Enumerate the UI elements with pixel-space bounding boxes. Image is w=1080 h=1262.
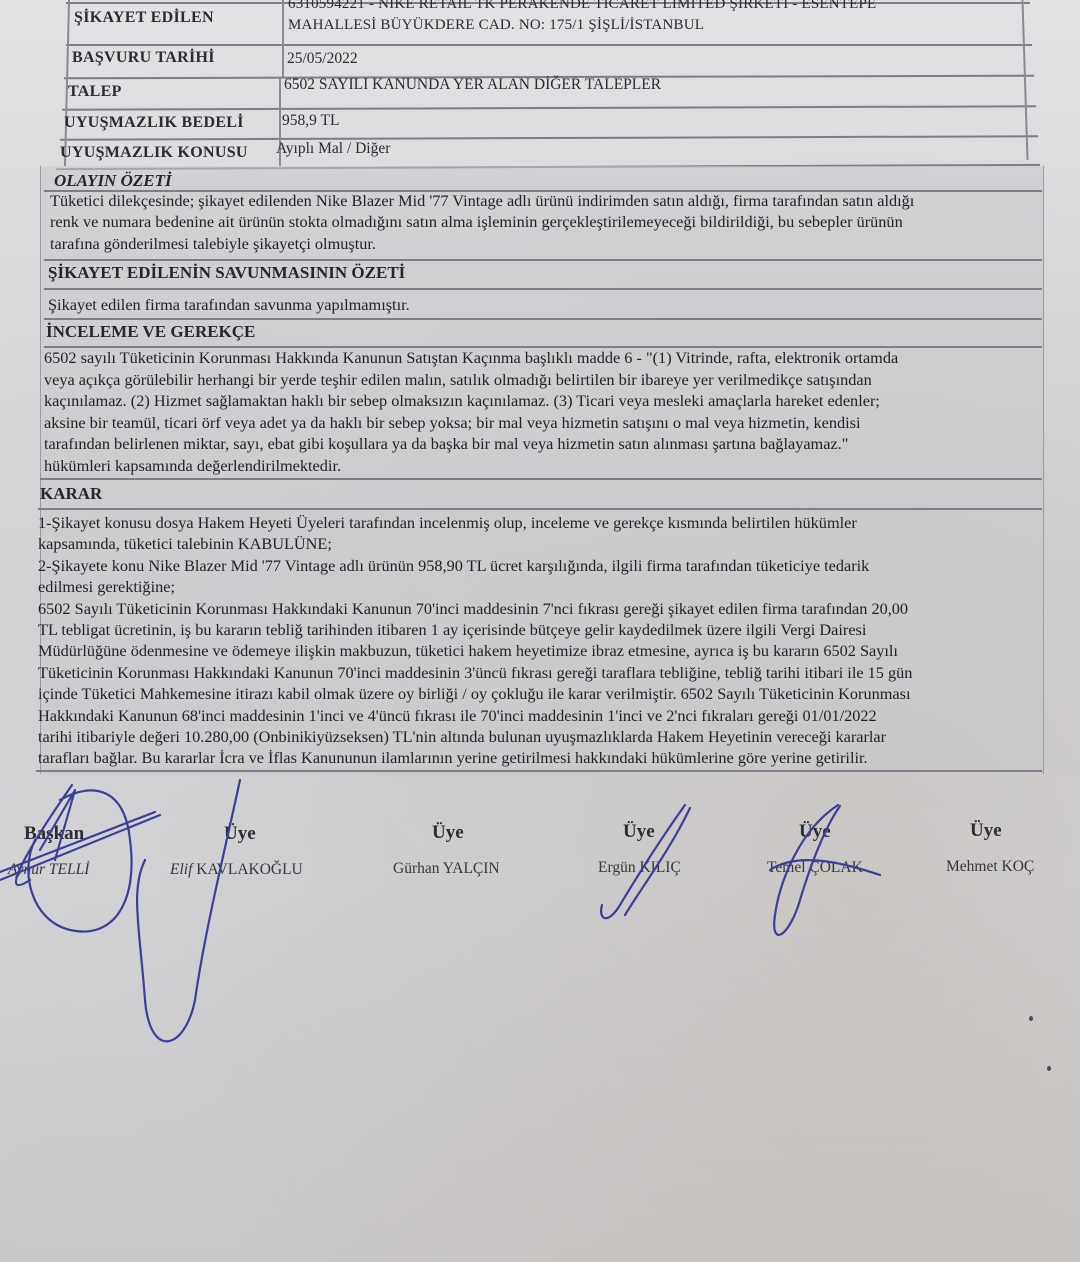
text-line: kaçınılamaz. (2) Hizmet sağlamaktan hakl…	[44, 390, 1039, 412]
review-text: 6502 sayılı Tüketicinin Korunması Hakkın…	[44, 347, 1039, 477]
application-date-label: BAŞVURU TARİHİ	[72, 49, 215, 67]
text-line: Tüketicinin Korunması Hakkındaki Kanunun…	[38, 662, 1043, 683]
signature-name-member: Mehmet KOÇ	[946, 858, 1034, 876]
event-summary-text: Tüketici dilekçesinde; şikayet edilenden…	[50, 190, 1040, 254]
text-line: TL tebligat ücretinin, iş bu kararın teb…	[38, 619, 1043, 640]
section-divider	[40, 478, 1042, 480]
signature-member-2	[137, 780, 240, 1041]
text-line: renk ve numara bedenine ait ürünün stokt…	[50, 211, 1040, 232]
text-line: tarafına gönderilmesi talebiyle şikayetç…	[50, 233, 1040, 254]
section-divider	[44, 318, 1042, 320]
signature-name-member: Gürhan YALÇIN	[393, 860, 500, 878]
signature-role-member: Üye	[970, 820, 1002, 842]
section-title-decision: KARAR	[40, 484, 102, 504]
complained-party-label: ŞİKAYET EDİLEN	[74, 9, 214, 27]
text-line: 6502 sayılı Tüketicinin Korunması Hakkın…	[44, 347, 1039, 369]
text-line: tarihi itibariyle değeri 10.280,00 (Onbi…	[38, 726, 1043, 747]
table-divider	[66, 44, 1032, 46]
text-line: hükümleri kapsamında değerlendirilmekted…	[44, 455, 1039, 477]
paper-speck	[1047, 1066, 1051, 1071]
section-divider	[44, 288, 1042, 290]
table-divider	[60, 135, 1038, 140]
signature-role-member: Üye	[623, 821, 655, 843]
section-divider	[44, 259, 1042, 261]
text-line: tarafından belirlenen miktar, sayı, ebat…	[44, 433, 1039, 455]
signature-president	[16, 785, 132, 932]
text-line: 6502 Sayılı Tüketicinin Korunması Hakkın…	[38, 598, 1043, 619]
text-line: veya açıkça görülebilir herhangi bir yer…	[44, 369, 1039, 391]
document-page: ŞİKAYET EDİLEN 6310594221 - NIKE RETAIL …	[0, 0, 1080, 1262]
decision-text: 1-Şikayet konusu dosya Hakem Heyeti Üyel…	[38, 512, 1043, 769]
text-line: içinde Tüketici Mahkemesine itirazı kabi…	[38, 683, 1043, 704]
section-title-defense-summary: ŞİKAYET EDİLENİN SAVUNMASININ ÖZETİ	[48, 263, 405, 283]
section-title-review: İNCELEME VE GEREKÇE	[46, 322, 255, 342]
signature-name-member: Ergün KILIÇ	[598, 859, 681, 877]
section-title-event-summary: OLAYIN ÖZETİ	[54, 171, 172, 191]
signature-name-member: Elif KAVLAKOĞLU	[170, 861, 303, 879]
signature-role-member: Üye	[432, 822, 464, 844]
dispute-amount-label: UYUŞMAZLIK BEDELİ	[64, 114, 244, 132]
signature-surname: KAVLAKOĞLU	[196, 861, 303, 878]
text-line: Müdürlüğüne ödenmesine ve ödemeye ilişki…	[38, 640, 1043, 661]
text-line: Hakkındaki Kanunun 68'inci maddesinin 1'…	[38, 705, 1043, 726]
complained-party-value-line1: 6310594221 - NIKE RETAIL TK PERAKENDE Tİ…	[288, 0, 876, 13]
dispute-subject-label: UYUŞMAZLIK KONUSU	[60, 144, 248, 162]
signature-role-member: Üye	[224, 823, 256, 845]
text-line: 2-Şikayete konu Nike Blazer Mid '77 Vint…	[38, 555, 1043, 576]
text-line: Şikayet edilen firma tarafından savunma …	[48, 294, 1038, 315]
application-date-value: 25/05/2022	[287, 50, 358, 68]
text-line: tarafları bağlar. Bu kararlar İcra ve İf…	[38, 747, 1043, 768]
text-line: aksine bir teamül, ticari örf veya adet …	[44, 412, 1039, 434]
signature-name-president: Aynur TELLİ	[8, 861, 89, 879]
signature-role-president: Başkan	[24, 823, 84, 845]
signature-role-member: Üye	[799, 821, 831, 843]
text-line: Tüketici dilekçesinde; şikayet edilenden…	[50, 190, 1040, 211]
text-line: kapsamında, tüketici talebinin KABULÜNE;	[38, 533, 1043, 554]
complained-party-value-line2: MAHALLESİ BÜYÜKDERE CAD. NO: 175/1 ŞİŞLİ…	[288, 17, 704, 34]
text-line: 1-Şikayet konusu dosya Hakem Heyeti Üyel…	[38, 512, 1043, 533]
section-divider	[36, 770, 1042, 772]
table-divider	[62, 105, 1036, 110]
dispute-subject-value: Ayıplı Mal / Diğer	[276, 140, 390, 158]
request-label: TALEP	[68, 83, 122, 101]
request-value: 6502 SAYILI KANUNDA YER ALAN DİĞER TALEP…	[284, 76, 661, 94]
text-line: edilmesi gerektiğine;	[38, 576, 1043, 597]
table-border	[282, 0, 284, 78]
defense-summary-text: Şikayet edilen firma tarafından savunma …	[48, 294, 1038, 315]
paper-speck	[1029, 1016, 1033, 1021]
section-divider	[38, 508, 1042, 510]
dispute-amount-value: 958,9 TL	[282, 112, 339, 130]
signature-name-member: Temel ÇOLAK	[767, 859, 863, 877]
